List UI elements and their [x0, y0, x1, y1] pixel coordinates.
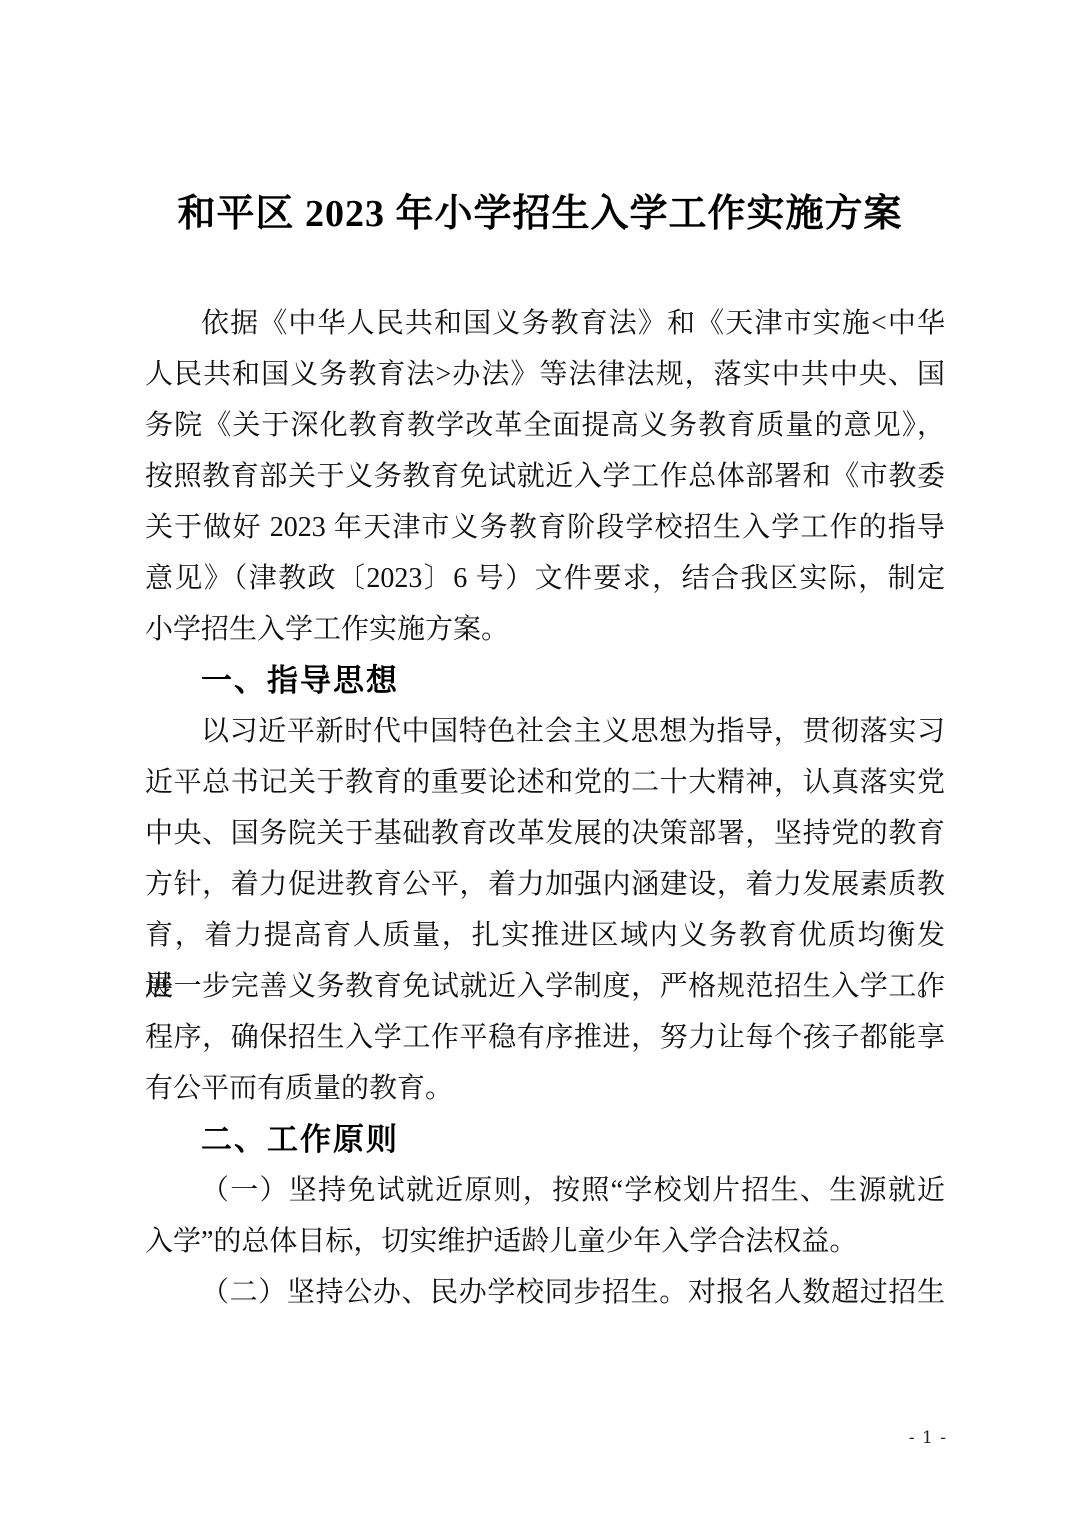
text-line: 近平总书记关于教育的重要论述和党的二十大精神，认真落实党 [145, 757, 945, 808]
text-line: 关于做好 2023 年天津市义务教育阶段学校招生入学工作的指导 [145, 502, 945, 553]
text-line: 按照教育部关于义务教育免试就近入学工作总体部署和《市教委 [145, 451, 945, 502]
text-line: 务院《关于深化教育教学改革全面提高义务教育质量的意见》， [145, 400, 945, 451]
document-body: 依据《中华人民共和国义务教育法》和《天津市实施<中华 人民共和国义务教育法>办法… [145, 298, 945, 1318]
text-line: 意见》（津教政〔2023〕6 号）文件要求，结合我区实际，制定 [145, 553, 945, 604]
document-title: 和平区 2023 年小学招生入学工作实施方案 [0, 0, 1080, 239]
text-line: （二）坚持公办、民办学校同步招生。对报名人数超过招生 [145, 1267, 945, 1318]
text-line: （一）坚持免试就近原则，按照“学校划片招生、生源就近 [145, 1165, 945, 1216]
text-line: 进一步完善义务教育免试就近入学制度，严格规范招生入学工作 [145, 961, 945, 1012]
paragraph-principle-1: （一）坚持免试就近原则，按照“学校划片招生、生源就近 入学”的总体目标，切实维护… [145, 1165, 945, 1267]
text-line: 方针，着力促进教育公平，着力加强内涵建设，着力发展素质教 [145, 859, 945, 910]
section-heading-guiding-ideology: 一、指导思想 [201, 655, 945, 706]
text-line: 小学招生入学工作实施方案。 [145, 604, 945, 655]
text-line: 育，着力提高育人质量，扎实推进区域内义务教育优质均衡发展。 [145, 910, 945, 961]
page-number: - 1 - [909, 1428, 947, 1448]
text-line: 人民共和国义务教育法>办法》等法律法规，落实中共中央、国 [145, 349, 945, 400]
text-line: 程序，确保招生入学工作平稳有序推进，努力让每个孩子都能享 [145, 1012, 945, 1063]
document-page: 和平区 2023 年小学招生入学工作实施方案 依据《中华人民共和国义务教育法》和… [0, 0, 1080, 1527]
text-line: 中央、国务院关于基础教育改革发展的决策部署，坚持党的教育 [145, 808, 945, 859]
paragraph-intro: 依据《中华人民共和国义务教育法》和《天津市实施<中华 人民共和国义务教育法>办法… [145, 298, 945, 655]
section-heading-work-principles: 二、工作原则 [201, 1114, 945, 1165]
text-line: 依据《中华人民共和国义务教育法》和《天津市实施<中华 [145, 298, 945, 349]
text-line: 有公平而有质量的教育。 [145, 1063, 945, 1114]
paragraph-principle-2: （二）坚持公办、民办学校同步招生。对报名人数超过招生 [145, 1267, 945, 1318]
paragraph-guiding-ideology: 以习近平新时代中国特色社会主义思想为指导，贯彻落实习 近平总书记关于教育的重要论… [145, 706, 945, 1114]
text-line: 以习近平新时代中国特色社会主义思想为指导，贯彻落实习 [145, 706, 945, 757]
text-line: 入学”的总体目标，切实维护适龄儿童少年入学合法权益。 [145, 1216, 945, 1267]
